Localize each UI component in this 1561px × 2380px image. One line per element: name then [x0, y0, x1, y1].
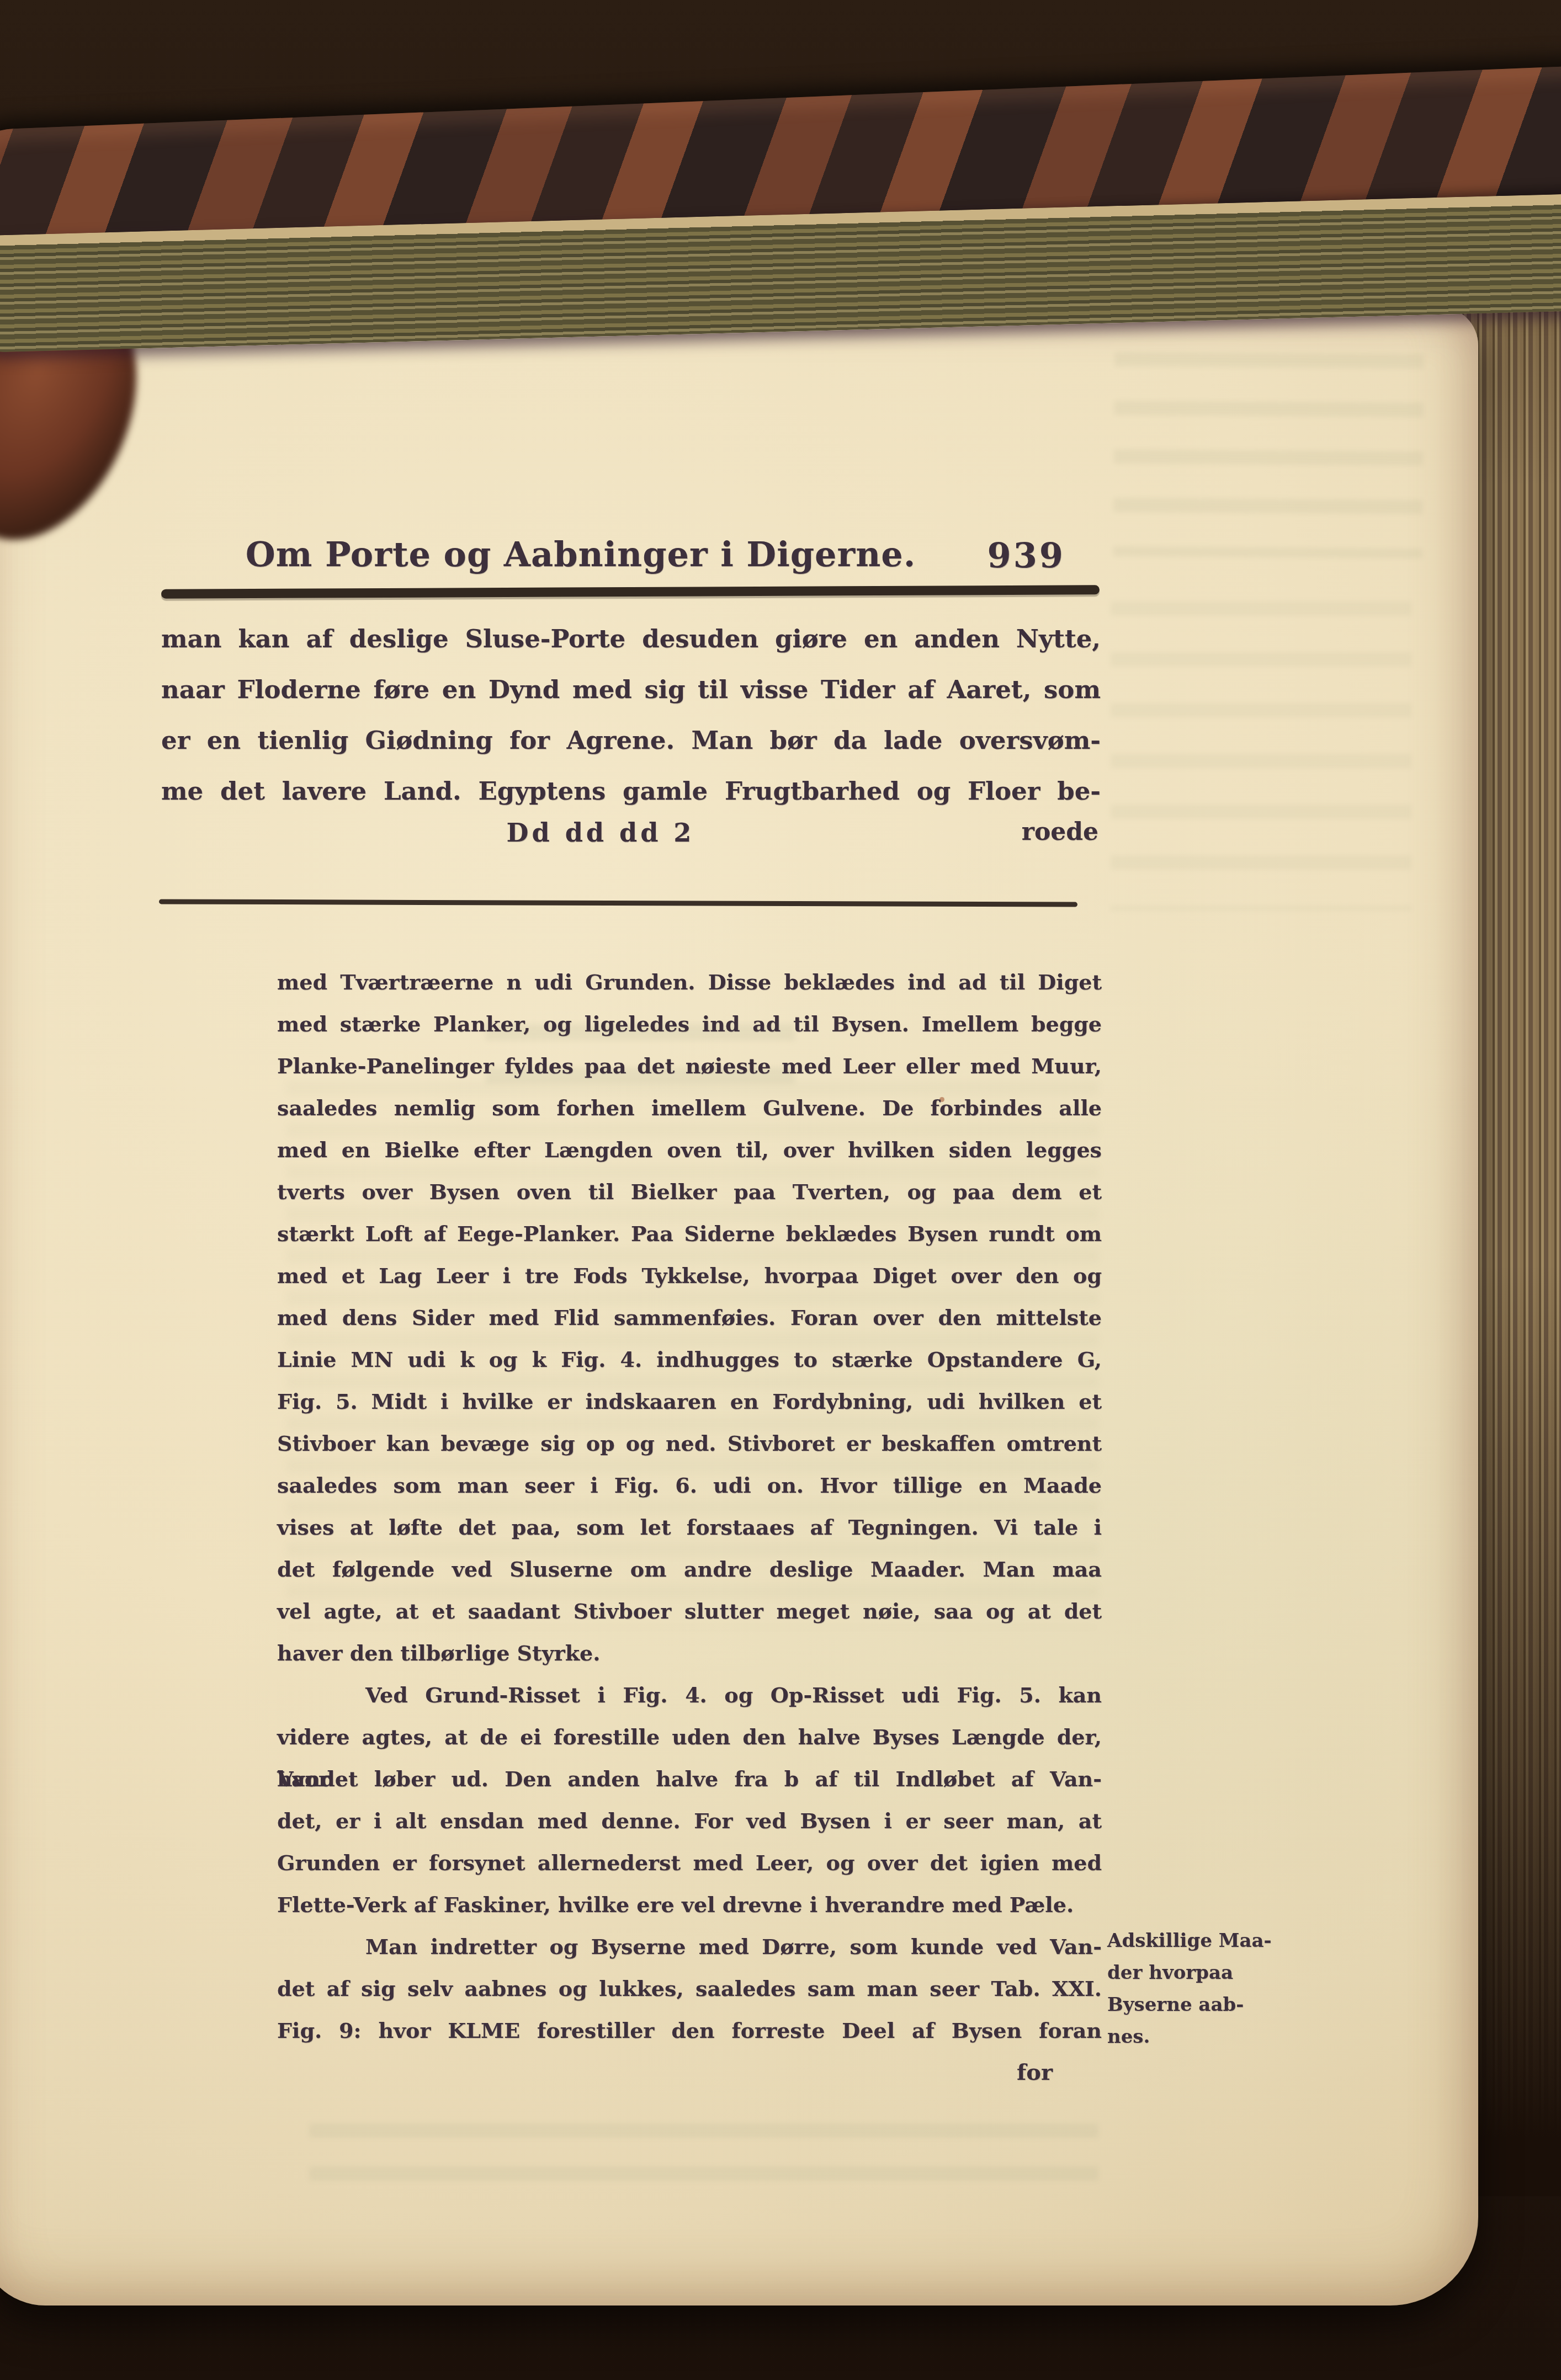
page-number: 939 — [987, 535, 1065, 576]
text-line: haver den tilbørlige Styrke. — [277, 1632, 1102, 1674]
header-title: Om Porte og Aabninger i Digerne. — [161, 534, 1000, 574]
signature-line: Dd dd dd 2 roede — [161, 818, 1101, 869]
running-header: Om Porte og Aabninger i Digerne. 939 — [161, 534, 1100, 583]
text-line: Flette-Verk af Faskiner, hvilke ere vel … — [277, 1884, 1102, 1926]
text-line: Linie MN udi k og k Fig. 4. indhugges to… — [277, 1339, 1102, 1381]
text-line: det, er i alt ensdan med denne. For ved … — [277, 1800, 1102, 1842]
text-line: Planke-Panelinger fyldes paa det nøieste… — [277, 1045, 1102, 1087]
text-line: med et Lag Leer i tre Fods Tykkelse, hvo… — [277, 1255, 1102, 1297]
text-line: Man indretter og Byserne med Dørre, som … — [277, 1926, 1102, 1968]
signature-mark: Dd dd dd 2 — [131, 818, 1070, 848]
margin-note-line: der hvorpaa — [1107, 1957, 1317, 1989]
catchword-roede: roede — [1022, 818, 1098, 846]
main-text-block: med Tværtræerne n udi Grunden. Disse bek… — [277, 961, 1102, 2052]
text-line: saaledes som man seer i Fig. 6. udi on. … — [277, 1465, 1102, 1506]
text-line: videre agtes, at de ei forestille uden d… — [277, 1716, 1102, 1758]
catchword-for: for — [1017, 2059, 1053, 2085]
margin-note-line: Adskillige Maa- — [1107, 1925, 1317, 1957]
text-line: med dens Sider med Flid sammenføies. For… — [277, 1297, 1102, 1339]
text-line: tverts over Bysen oven til Bielker paa T… — [277, 1171, 1102, 1213]
text-line: med en Bielke efter Længden oven til, ov… — [277, 1129, 1102, 1171]
text-line: Vandet løber ud. Den anden halve fra b a… — [277, 1758, 1102, 1800]
text-line: Fig. 9: hvor KLME forestiller den forres… — [277, 2010, 1102, 2052]
text-line: me det lavere Land. Egyptens gamle Frugt… — [161, 766, 1101, 817]
margin-note-line: Byserne aab- — [1107, 1989, 1317, 2021]
text-line: det af sig selv aabnes og lukkes, saaled… — [277, 1968, 1102, 2010]
text-line: Grunden er forsynet allernederst med Lee… — [277, 1842, 1102, 1884]
text-line: med stærke Planker, og ligeledes ind ad … — [277, 1003, 1102, 1045]
text-line: Stivboer kan bevæge sig op og ned. Stivb… — [277, 1423, 1102, 1465]
text-line: det følgende ved Sluserne om andre desli… — [277, 1548, 1102, 1590]
intro-paragraph: man kan af deslige Sluse-Porte desuden g… — [161, 614, 1101, 817]
text-line: naar Floderne føre en Dynd med sig til v… — [161, 664, 1101, 715]
text-line: Ved Grund-Risset i Fig. 4. og Op-Risset … — [277, 1674, 1102, 1716]
text-line: vel agte, at et saadant Stivboer slutter… — [277, 1590, 1102, 1632]
margin-note-line: nes. — [1107, 2021, 1317, 2053]
text-line: man kan af deslige Sluse-Porte desuden g… — [161, 614, 1101, 664]
text-line: vises at løfte det paa, som let forstaae… — [277, 1506, 1102, 1548]
margin-note: Adskillige Maa- der hvorpaa Byserne aab-… — [1107, 1925, 1317, 2053]
text-line: saaledes nemlig som forhen imellem Gulve… — [277, 1087, 1102, 1129]
text-line: er en tienlig Giødning for Agrene. Man b… — [161, 715, 1101, 766]
text-line: med Tværtræerne n udi Grunden. Disse bek… — [277, 961, 1102, 1003]
text-line: Fig. 5. Midt i hvilke er indskaaren en F… — [277, 1381, 1102, 1423]
book-scan: Om Porte og Aabninger i Digerne. 939 man… — [0, 0, 1561, 2380]
text-line: stærkt Loft af Eege-Planker. Paa Siderne… — [277, 1213, 1102, 1255]
